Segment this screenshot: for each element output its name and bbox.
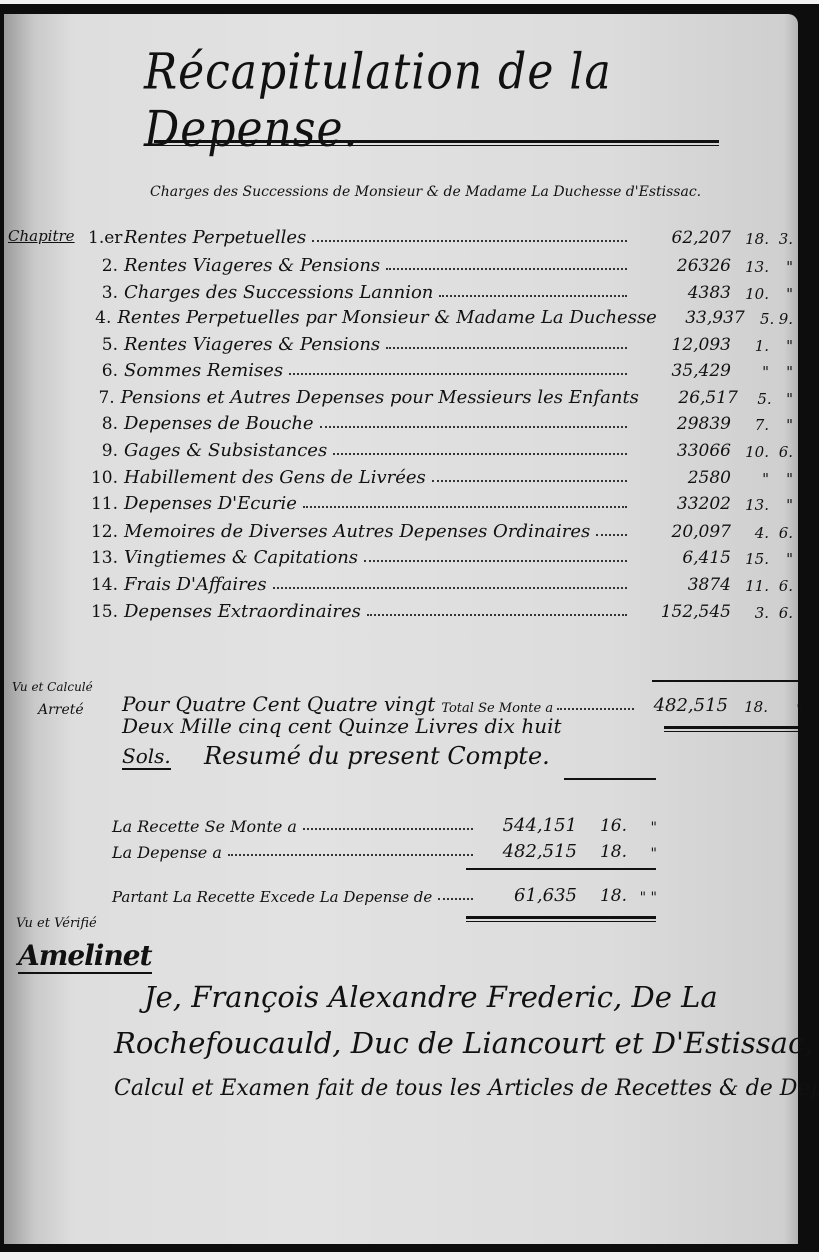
chapter-row: 12.Memoires de Diverses Autres Depenses …: [88, 516, 793, 542]
chapter-sous: 3.: [731, 604, 769, 622]
statement-line-1: Je, François Alexandre Frederic, De La: [114, 974, 804, 1020]
chapter-livres: 4383: [631, 283, 731, 303]
chapter-label: Rentes Perpetuelles par Monsieur & Madam…: [117, 307, 656, 328]
dot-leader: [596, 534, 627, 536]
chapter-row: 6.Sommes Remises35,429"": [88, 355, 793, 381]
chapter-row: 13.Vingtiemes & Capitations6,41515.": [88, 542, 793, 568]
chapter-livres: 26,517: [649, 388, 738, 408]
chapter-deniers: ": [769, 337, 793, 355]
chapter-deniers: ": [769, 550, 793, 568]
resume-label: La Recette Se Monte a: [112, 817, 297, 836]
resume-label: La Depense a: [112, 843, 222, 862]
chapter-number: 1.er: [88, 228, 118, 248]
chapter-number: 3.: [88, 283, 118, 303]
chapter-deniers: 9.: [774, 310, 793, 328]
dot-leader: [312, 240, 627, 242]
chapter-deniers: ": [769, 496, 793, 514]
chapter-sous: 4.: [731, 524, 769, 542]
dot-leader: [439, 295, 627, 297]
chapter-livres: 12,093: [631, 335, 731, 355]
resume-deniers: ": [627, 846, 657, 862]
total-top-rule: [652, 680, 798, 682]
dot-leader: [228, 854, 473, 856]
chapter-livres: 20,097: [631, 522, 731, 542]
manuscript-page: Récapitulation de la Depense. Charges de…: [4, 14, 798, 1244]
chapter-deniers: ": [772, 390, 793, 408]
chapter-row: 15.Depenses Extraordinaires152,5453.6.: [88, 596, 793, 622]
chapter-row: 2.Rentes Viageres & Pensions2632613.": [88, 250, 793, 276]
chapter-livres: 3874: [631, 575, 731, 595]
chapter-number: 13.: [88, 548, 118, 568]
attestation-statement: Je, François Alexandre Frederic, De La R…: [114, 974, 804, 1112]
dot-leader: [432, 480, 627, 482]
chapter-label: Frais D'Affaires: [124, 574, 267, 595]
resume-livres: 482,515: [477, 841, 577, 862]
chapter-label: Rentes Viageres & Pensions: [124, 255, 380, 276]
chapter-sous: 7.: [731, 416, 769, 434]
resume-sous: 18.: [577, 842, 627, 862]
resume-title: Resumé du present Compte.: [204, 742, 550, 770]
chapter-sous: 13.: [731, 496, 769, 514]
chapter-deniers: 3.: [769, 230, 793, 248]
chapter-sous: 5.: [738, 390, 772, 408]
chapter-sous: 15.: [731, 550, 769, 568]
chapter-deniers: ": [769, 363, 793, 381]
chapter-row: 1.erRentes Perpetuelles62,20718.3.: [88, 222, 793, 248]
chapter-number: 12.: [88, 522, 118, 542]
resume-row-recette: La Recette Se Monte a 544,151 16. ": [112, 812, 657, 836]
total-deniers: ": [768, 702, 802, 716]
chapter-row: 4.Rentes Perpetuelles par Monsieur & Mad…: [88, 302, 793, 328]
verifier-signature: Amelinet: [18, 939, 152, 974]
chapter-label: Gages & Subsistances: [124, 440, 327, 461]
chapter-sous: ": [731, 470, 769, 488]
chapter-livres: 26326: [631, 256, 731, 276]
chapter-row: 5.Rentes Viageres & Pensions12,0931.": [88, 329, 793, 355]
chapter-sous: 1.: [731, 337, 769, 355]
chapter-label: Memoires de Diverses Autres Depenses Ord…: [124, 521, 590, 542]
chapter-row: 9.Gages & Subsistances3306610.6.: [88, 435, 793, 461]
chapter-row: 8.Depenses de Bouche298397.": [88, 408, 793, 434]
resume-row-depense: La Depense a 482,515 18. ": [112, 838, 657, 862]
chapter-label: Sommes Remises: [124, 360, 283, 381]
chapter-livres: 6,415: [631, 548, 731, 568]
resume-row-excedent: Partant La Recette Excede La Depense de …: [112, 882, 657, 906]
chapter-livres: 33066: [631, 441, 731, 461]
chapter-deniers: ": [769, 258, 793, 276]
chapter-number: 6.: [88, 361, 118, 381]
chapter-number: 15.: [88, 602, 118, 622]
chapter-label: Habillement des Gens de Livrées: [124, 467, 426, 488]
chapter-row: 11.Depenses D'Ecurie3320213.": [88, 488, 793, 514]
chapter-livres: 62,207: [631, 228, 731, 248]
chapter-number: 7.: [88, 388, 115, 408]
resume-deniers: " ": [627, 890, 657, 906]
chapter-number: 11.: [88, 494, 118, 514]
total-row: Pour Quatre Cent Quatre vingt Total Se M…: [122, 690, 802, 716]
dot-leader: [333, 453, 627, 455]
dot-leader: [438, 898, 473, 900]
dot-leader: [364, 560, 627, 562]
chapter-sous: ": [731, 363, 769, 381]
total-livres: 482,515: [638, 695, 728, 716]
chapter-number: 10.: [88, 468, 118, 488]
chapter-label: Depenses Extraordinaires: [124, 601, 361, 622]
dot-leader: [557, 708, 634, 710]
chapter-livres: 33202: [631, 494, 731, 514]
resume-sous: 16.: [577, 816, 627, 836]
resume-sum-rule: [466, 868, 656, 870]
chapter-sous: 10.: [731, 285, 769, 303]
resume-title-rule: [564, 778, 656, 780]
chapter-label: Depenses D'Ecurie: [124, 493, 297, 514]
chapter-sous: 11.: [731, 577, 769, 595]
resume-livres: 544,151: [477, 815, 577, 836]
title-rule: [154, 140, 719, 143]
chapter-livres: 29839: [631, 414, 731, 434]
chapter-deniers: 6.: [769, 443, 793, 461]
chapter-livres: 2580: [631, 468, 731, 488]
resume-deniers: ": [627, 820, 657, 836]
chapter-number: 8.: [88, 414, 118, 434]
chapitre-label: Chapitre: [8, 227, 75, 245]
total-words-1: Pour Quatre Cent Quatre vingt: [122, 692, 435, 716]
resume-livres: 61,635: [477, 885, 577, 906]
total-words-2: Deux Mille cinq cent Quinze Livres dix h…: [122, 714, 562, 738]
chapter-label: Charges des Successions Lannion: [124, 282, 433, 303]
chapter-livres: 35,429: [631, 361, 731, 381]
dot-leader: [289, 373, 627, 375]
chapter-number: 2.: [88, 256, 118, 276]
dot-leader: [367, 614, 627, 616]
chapter-row: 3.Charges des Successions Lannion438310.…: [88, 277, 793, 303]
verification-note: Vu et Vérifié: [16, 916, 97, 931]
chapter-row: 14.Frais D'Affaires387411.6.: [88, 569, 793, 595]
chapter-deniers: ": [769, 285, 793, 303]
chapter-label: Vingtiemes & Capitations: [124, 547, 358, 568]
statement-line-2: Rochefoucauld, Duc de Liancourt et D'Est…: [114, 1020, 804, 1066]
chapter-row: 7.Pensions et Autres Depenses pour Messi…: [88, 382, 793, 408]
dot-leader: [303, 506, 627, 508]
margin-note-arrete: Arreté: [38, 702, 84, 718]
chapter-deniers: ": [769, 416, 793, 434]
chapter-label: Rentes Viageres & Pensions: [124, 334, 380, 355]
resume-final-rule: [466, 916, 656, 919]
statement-line-3: Calcul et Examen fait de tous les Articl…: [114, 1066, 804, 1112]
margin-note-calcule: Vu et Calculé: [12, 680, 93, 694]
chapter-number: 5.: [88, 335, 118, 355]
dot-leader: [303, 828, 473, 830]
dot-leader: [320, 426, 627, 428]
chapter-livres: 33,937: [667, 308, 745, 328]
total-words-3: Sols.: [122, 744, 171, 770]
dot-leader: [273, 587, 627, 589]
total-sous: 18.: [728, 698, 768, 716]
chapter-number: 4.: [88, 308, 111, 328]
chapter-deniers: 6.: [769, 604, 793, 622]
dot-leader: [386, 268, 627, 270]
dot-leader: [386, 347, 627, 349]
chapter-sous: 5.: [745, 310, 775, 328]
total-bottom-rule: [664, 726, 798, 729]
chapter-deniers: ": [769, 470, 793, 488]
chapter-number: 14.: [88, 575, 118, 595]
chapter-livres: 152,545: [631, 602, 731, 622]
chapter-label: Depenses de Bouche: [124, 413, 314, 434]
chapter-label: Pensions et Autres Depenses pour Messieu…: [121, 387, 639, 408]
chapter-deniers: 6.: [769, 524, 793, 542]
chapter-sous: 18.: [731, 230, 769, 248]
chapter-sous: 10.: [731, 443, 769, 461]
resume-label: Partant La Recette Excede La Depense de: [112, 888, 432, 906]
chapter-sous: 13.: [731, 258, 769, 276]
chapter-deniers: 6.: [769, 577, 793, 595]
subtitle: Charges des Successions de Monsieur & de…: [150, 184, 710, 200]
chapter-label: Rentes Perpetuelles: [124, 227, 306, 248]
resume-sous: 18.: [577, 886, 627, 906]
chapter-row: 10.Habillement des Gens de Livrées2580"": [88, 462, 793, 488]
chapter-number: 9.: [88, 441, 118, 461]
